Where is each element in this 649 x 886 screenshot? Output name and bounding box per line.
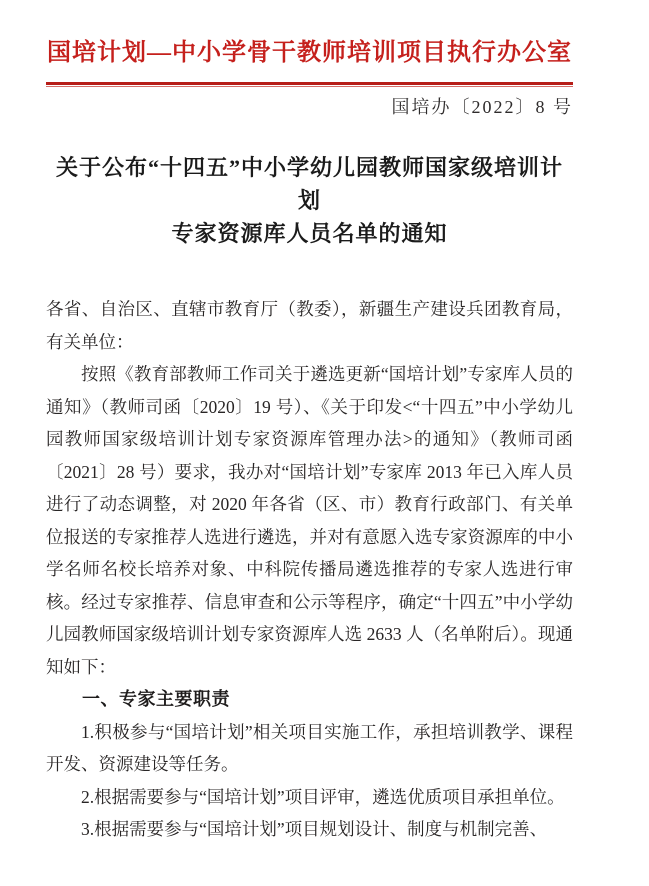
notice-body: 各省、自治区、直辖市教育厅（教委），新疆生产建设兵团教育局，有关单位： 按照《教… — [46, 293, 573, 846]
document-number: 国培办〔2022〕8 号 — [46, 96, 573, 118]
notice-title-line1: 关于公布“十四五”中小学幼儿园教师国家级培训计划 — [46, 151, 573, 217]
issuing-office-header: 国培计划—中小学骨干教师培训项目执行办公室 — [46, 36, 573, 70]
section1-item-3: 3.根据需要参与“国培计划”项目规划设计、制度与机制完善、 — [46, 813, 573, 846]
section1-heading: 一、专家主要职责 — [46, 683, 573, 716]
notice-title: 关于公布“十四五”中小学幼儿园教师国家级培训计划 专家资源库人员名单的通知 — [46, 151, 573, 250]
section1-item-2: 2.根据需要参与“国培计划”项目评审，遴选优质项目承担单位。 — [46, 781, 573, 814]
document-content: 国培计划—中小学骨干教师培训项目执行办公室 国培办〔2022〕8 号 关于公布“… — [0, 0, 649, 846]
scanned-notice-page: 国培计划—中小学骨干教师培训项目执行办公室 国培办〔2022〕8 号 关于公布“… — [0, 0, 649, 886]
section1-item-1: 1.积极参与“国培计划”相关项目实施工作，承担培训教学、课程开发、资源建设等任务… — [46, 716, 573, 781]
red-divider-rule — [46, 82, 573, 87]
intro-paragraph: 按照《教育部教师工作司关于遴选更新“国培计划”专家库人员的通知》（教师司函〔20… — [46, 358, 573, 683]
salutation: 各省、自治区、直辖市教育厅（教委），新疆生产建设兵团教育局，有关单位： — [46, 293, 573, 358]
notice-title-line2: 专家资源库人员名单的通知 — [46, 217, 573, 250]
